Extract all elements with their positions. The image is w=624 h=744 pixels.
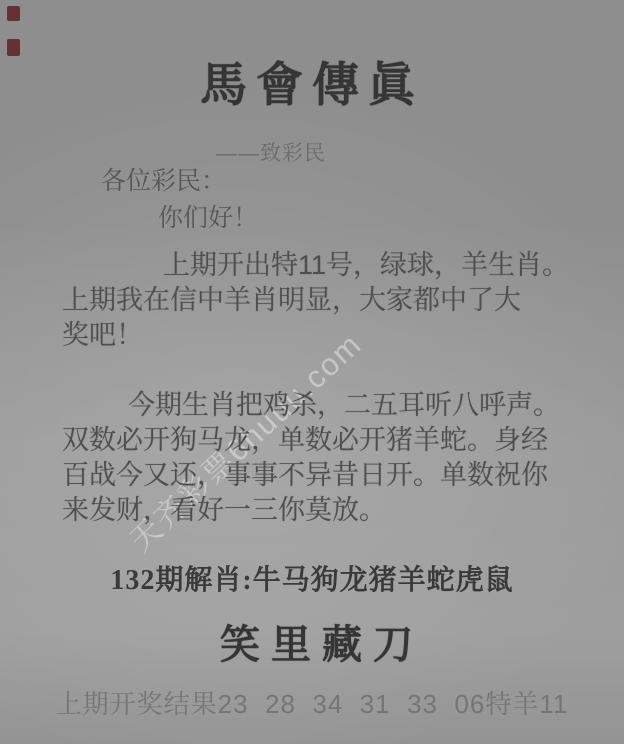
paragraph-current-tips: 今期生肖把鸡杀，二五耳听八呼声。 双数必开狗马龙，单数必开猪羊蛇。身经 百战今又… [62, 388, 562, 528]
paragraph-line: 百战今又还，事事不异昔日开。单数祝你 [62, 458, 562, 493]
paragraph-line: 来发财，看好一三你莫放。 [62, 493, 562, 528]
paragraph-line: 上期我在信中羊肖明显，大家都中了大 [62, 283, 562, 318]
paragraph-line: 今期生肖把鸡杀，二五耳听八呼声。 [62, 388, 562, 423]
previous-result-line: 上期开奖结果23 28 34 31 33 06特羊11 [0, 684, 624, 721]
greeting: 你们好！ [158, 198, 258, 234]
red-seal-mark [7, 6, 20, 21]
idiom-title: 笑里藏刀 [20, 613, 624, 670]
issue-zodiac-line: 132期解肖:牛马狗龙猪羊蛇虎鼠 [0, 558, 624, 598]
fax-letter-page: 天齐彩票6huuu.com 馬會傳眞 ——致彩民 各位彩民： 你们好！ 上期开出… [0, 0, 624, 744]
paragraph-previous-draw: 上期开出特11号，绿球，羊生肖。 上期我在信中羊肖明显，大家都中了大 奖吧！ [62, 248, 562, 353]
page-title: 馬會傳眞 [0, 48, 624, 115]
salutation: 各位彩民： [101, 161, 226, 197]
paragraph-line: 上期开出特11号，绿球，羊生肖。 [62, 248, 562, 283]
dedication-line: ——致彩民 [216, 137, 326, 167]
paragraph-line: 双数必开狗马龙，单数必开猪羊蛇。身经 [62, 423, 562, 458]
paragraph-line: 奖吧！ [62, 318, 562, 353]
